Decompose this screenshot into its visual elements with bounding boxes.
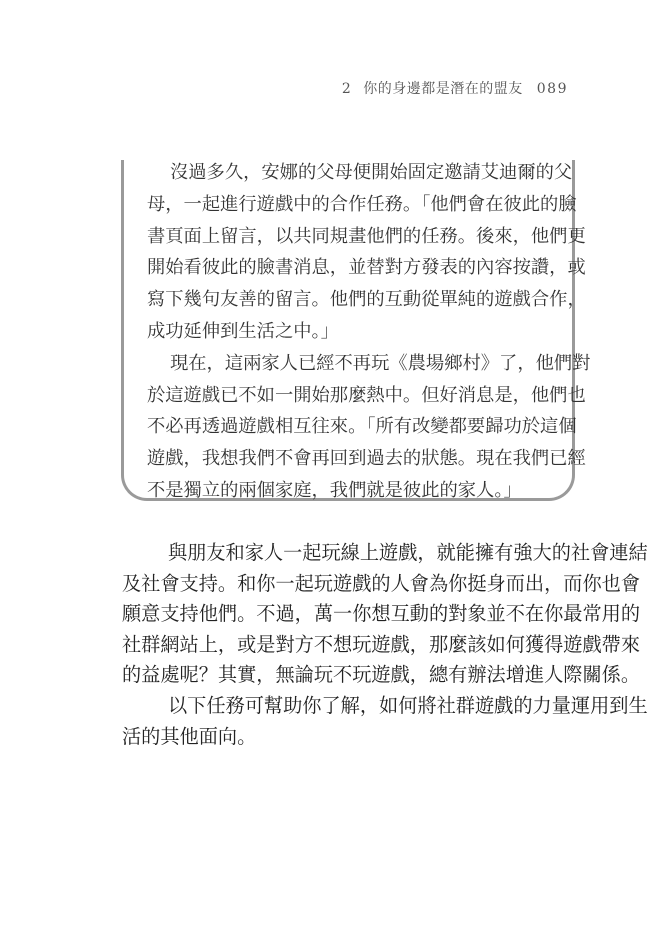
box-paragraph-1: 沒過多久，安娜的父母便開始固定邀請艾迪爾的父 母，一起進行遊戲中的合作任務。「他… — [147, 157, 563, 348]
text-line: 寫下幾句友善的留言。他們的互動從單純的遊戲合作， — [147, 284, 563, 316]
text-line: 以下任務可幫助你了解，如何將社群遊戲的力量運用到生 — [122, 691, 587, 722]
text-line: 開始看彼此的臉書消息，並替對方發表的內容按讚，或 — [147, 252, 563, 284]
text-line: 書頁面上留言，以共同規畫他們的任務。後來，他們更 — [147, 221, 563, 253]
text-line: 社群網站上，或是對方不想玩遊戲，那麼該如何獲得遊戲帶來 — [122, 630, 587, 661]
text-line: 母，一起進行遊戲中的合作任務。「他們會在彼此的臉 — [147, 189, 563, 221]
text-line: 沒過多久，安娜的父母便開始固定邀請艾迪爾的父 — [147, 157, 563, 189]
chapter-number: 2 — [342, 81, 351, 97]
text-line: 遊戲，我想我們不會再回到過去的狀態。現在我們已經 — [147, 443, 563, 475]
box-paragraph-2: 現在，這兩家人已經不再玩《農場鄉村》了，他們對 於這遊戲已不如一開始那麼熱中。但… — [147, 348, 563, 507]
running-header: 2你的身邊都是潛在的盟友089 — [0, 78, 568, 98]
text-line: 活的其他面向。 — [122, 722, 587, 753]
main-body-text: 與朋友和家人一起玩線上遊戲，就能擁有強大的社會連結 及社會支持。和你一起玩遊戲的… — [122, 538, 587, 752]
body-paragraph-1: 與朋友和家人一起玩線上遊戲，就能擁有強大的社會連結 及社會支持。和你一起玩遊戲的… — [122, 538, 587, 691]
chapter-title: 你的身邊都是潛在的盟友 — [363, 81, 523, 97]
text-line: 於這遊戲已不如一開始那麼熱中。但好消息是，他們也 — [147, 380, 563, 412]
text-line: 與朋友和家人一起玩線上遊戲，就能擁有強大的社會連結 — [122, 538, 587, 569]
text-line: 現在，這兩家人已經不再玩《農場鄉村》了，他們對 — [147, 348, 563, 380]
text-line: 不必再透過遊戲相互往來。「所有改變都要歸功於這個 — [147, 411, 563, 443]
text-line: 不是獨立的兩個家庭，我們就是彼此的家人。」 — [147, 475, 563, 507]
page-number: 089 — [537, 81, 568, 97]
text-line: 的益處呢？其實，無論玩不玩遊戲，總有辦法增進人際關係。 — [122, 660, 587, 691]
story-box-text: 沒過多久，安娜的父母便開始固定邀請艾迪爾的父 母，一起進行遊戲中的合作任務。「他… — [147, 157, 563, 507]
text-line: 願意支持他們。不過，萬一你想互動的對象並不在你最常用的 — [122, 599, 587, 630]
body-paragraph-2: 以下任務可幫助你了解，如何將社群遊戲的力量運用到生 活的其他面向。 — [122, 691, 587, 752]
text-line: 及社會支持。和你一起玩遊戲的人會為你挺身而出，而你也會 — [122, 569, 587, 600]
text-line: 成功延伸到生活之中。」 — [147, 316, 563, 348]
